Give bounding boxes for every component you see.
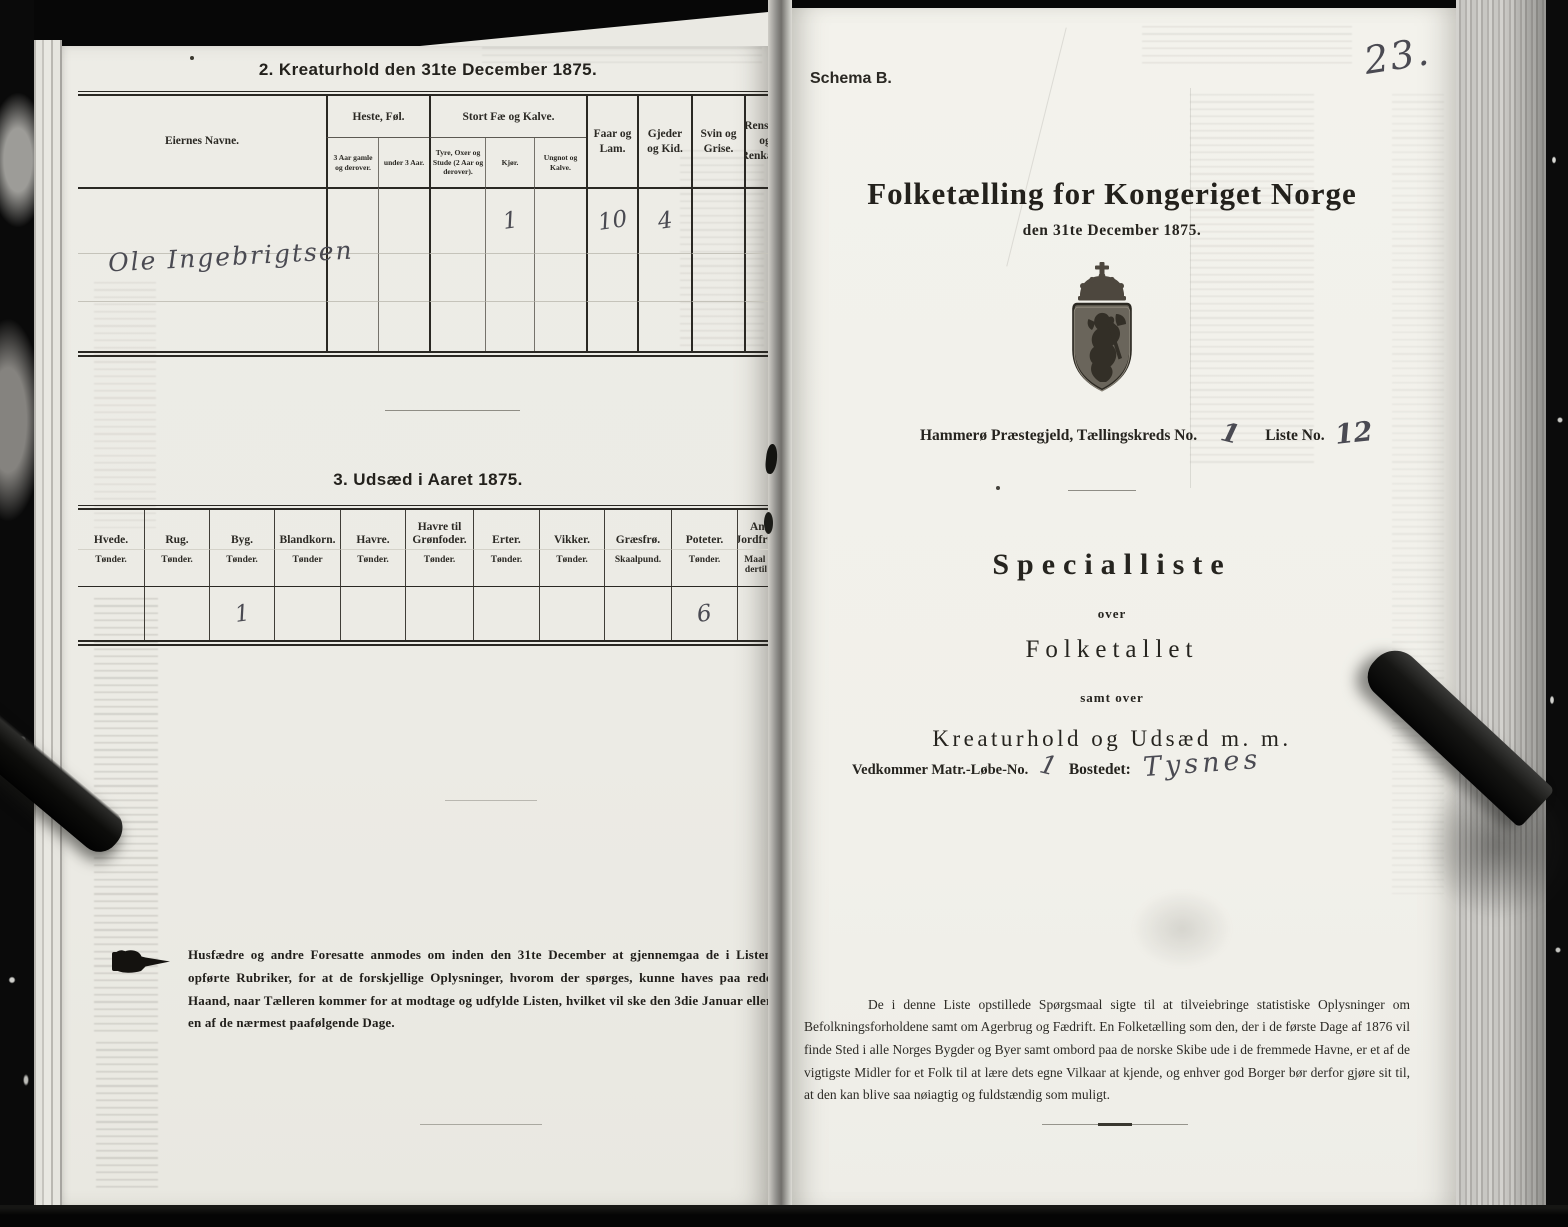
- table-cell: [378, 254, 429, 302]
- table-cell: [274, 586, 340, 640]
- samt-over-label: samt over: [812, 690, 1412, 706]
- paper-smudge: [1132, 890, 1232, 968]
- kreaturhold-table-title: 2. Kreaturhold den 31te December 1875.: [172, 60, 684, 80]
- table-cell-kjoer-value: 1: [485, 187, 534, 254]
- kreaturhold-udsaed-label: Kreaturhold og Udsæd m. m.: [812, 726, 1412, 752]
- col-unit: Tønder.: [144, 550, 209, 586]
- table-cell: [691, 302, 744, 351]
- col-header: Poteter.: [671, 510, 737, 550]
- left-page: 2. Kreaturhold den 31te December 1875. E…: [62, 46, 768, 1205]
- col-unit: Tønder.: [473, 550, 539, 586]
- table-cell: [429, 254, 485, 302]
- table-cell: [744, 302, 768, 351]
- col-header: Hvede.: [78, 510, 144, 550]
- col-unit: Tønder.: [78, 550, 144, 586]
- table-cell: [378, 302, 429, 351]
- col-header: Havre til Grønfoder.: [405, 510, 473, 550]
- kreaturhold-table: Eiernes Navne. Heste, Føl. Stort Fæ og K…: [78, 94, 768, 353]
- col-unit: Tønder.: [340, 550, 405, 586]
- faint-divider-line: [420, 1124, 542, 1125]
- col-unit: Tønder: [274, 550, 340, 586]
- col-subheader-under3aar: under 3 Aar.: [378, 138, 429, 187]
- book-cover-left: [0, 0, 34, 1227]
- table-cell: [637, 302, 691, 351]
- census-book-scan: 2. Kreaturhold den 31te December 1875. E…: [0, 0, 1568, 1227]
- col-unit: Skaalpund.: [604, 550, 671, 586]
- col-subheader-ungnot: Ungnot og Kalve.: [534, 138, 586, 187]
- table-cell: [485, 254, 534, 302]
- udsaed-table-title: 3. Udsæd i Aaret 1875.: [172, 470, 684, 490]
- table-cell: [737, 586, 768, 640]
- col-header: Rug.: [144, 510, 209, 550]
- col-header-eiernes-navne: Eiernes Navne.: [78, 96, 326, 187]
- table-cell: [78, 302, 326, 351]
- bleed-through-text: [1190, 94, 1314, 468]
- handwritten-matrikkel-no: 1: [1037, 749, 1060, 782]
- table-cell-faar-lam-value: 10: [586, 187, 637, 254]
- handwritten-tellingskreds-no: 1: [1218, 417, 1243, 450]
- folketallet-label: Folketallet: [812, 636, 1412, 664]
- book-gutter: [768, 0, 792, 1210]
- col-unit: Maal Jord dertil anv.: [737, 550, 768, 586]
- table-cell: [744, 254, 768, 302]
- col-header: Græsfrø.: [604, 510, 671, 550]
- table-cell: [539, 586, 604, 640]
- book-cover-right: [1546, 0, 1568, 1227]
- udsaed-table: Hvede. Rug. Byg. Blandkorn. Havre. Havre…: [78, 508, 768, 642]
- col-unit: Tønder.: [209, 550, 274, 586]
- col-header: Byg.: [209, 510, 274, 550]
- col-header-svin-grise: Svin og Grise.: [691, 96, 744, 187]
- col-unit: Tønder.: [405, 550, 473, 586]
- col-group-stort-fae: Stort Fæ og Kalve.: [429, 96, 586, 138]
- table-cell: [534, 302, 586, 351]
- table-cell: [586, 302, 637, 351]
- col-header: Erter.: [473, 510, 539, 550]
- table-cell: [405, 586, 473, 640]
- norway-coat-of-arms-icon: [1064, 260, 1140, 405]
- matrikkel-label: Vedkommer Matr.-Løbe-No.: [852, 762, 1028, 779]
- col-unit: Tønder.: [671, 550, 737, 586]
- table-cell: [144, 586, 209, 640]
- col-subheader-3aar: 3 Aar gamle og derover.: [326, 138, 378, 187]
- col-header-rensdyr: Rensdyr og Renkalve.: [744, 96, 768, 187]
- manicule-icon: [112, 948, 174, 1035]
- col-header: Vikker.: [539, 510, 604, 550]
- table-cell: [485, 302, 534, 351]
- table-cell: [429, 187, 485, 254]
- table-cell: [604, 586, 671, 640]
- col-subheader-tyre: Tyre, Oxer og Stude (2 Aar og derover).: [429, 138, 485, 187]
- table-cell: [534, 254, 586, 302]
- matrikkel-line: Vedkommer Matr.-Løbe-No. 1 Bostedet: Tys…: [852, 750, 1412, 781]
- col-unit: Tønder.: [539, 550, 604, 586]
- handwritten-value: 6: [695, 600, 713, 628]
- table-cell: [473, 586, 539, 640]
- faint-divider-line: [445, 800, 537, 801]
- bottom-rule: [1042, 1124, 1188, 1125]
- handwritten-page-number: 23.: [1361, 29, 1434, 83]
- handwritten-value: 4: [656, 207, 674, 235]
- handwritten-liste-no: 12: [1333, 416, 1374, 451]
- table-cell: [637, 254, 691, 302]
- col-header: Havre.: [340, 510, 405, 550]
- table-cell: [534, 187, 586, 254]
- col-header-gjeder-kid: Gjeder og Kid.: [637, 96, 691, 187]
- col-header: Blandkorn.: [274, 510, 340, 550]
- table-cell: [340, 586, 405, 640]
- right-page: Schema B. 23. Folketælling for Kongerige…: [792, 8, 1456, 1207]
- handwritten-value: 1: [233, 600, 251, 628]
- page-stack-edge-left: [34, 40, 62, 1208]
- page-subtitle-date: den 31te December 1875.: [812, 222, 1412, 240]
- section-divider-line: [385, 410, 520, 411]
- col-header-faar-lam: Faar og Lam.: [586, 96, 637, 187]
- bosted-label: Bostedet:: [1069, 761, 1131, 779]
- district-label: Hammerø Præstegjeld, Tællingskreds No.: [920, 427, 1197, 445]
- footnote: Husfædre og andre Foresatte anmodes om i…: [112, 944, 768, 1035]
- col-group-heste-foel: Heste, Føl.: [326, 96, 429, 138]
- district-line: Hammerø Præstegjeld, Tællingskreds No. 1…: [920, 416, 1390, 447]
- short-rule: [1068, 490, 1136, 491]
- ink-blot: [764, 512, 773, 534]
- table-cell-byg-value: 1: [209, 586, 274, 640]
- handwritten-value: 10: [596, 206, 629, 236]
- explanatory-paragraph: De i denne Liste opstillede Spørgsmaal s…: [804, 994, 1410, 1107]
- table-cell: [326, 302, 378, 351]
- liste-label: Liste No.: [1265, 427, 1324, 445]
- table-cell-poteter-value: 6: [671, 586, 737, 640]
- col-header: Andre Jordfrugter.: [737, 510, 768, 550]
- table-cell: [691, 254, 744, 302]
- table-cell: [78, 586, 144, 640]
- table-cell: [744, 187, 768, 254]
- bleed-through-text: [1142, 26, 1352, 66]
- scan-background-bottom: [0, 1205, 1568, 1227]
- over-label: over: [812, 606, 1412, 622]
- schema-label: Schema B.: [810, 70, 892, 88]
- table-cell: [691, 187, 744, 254]
- bleed-through-text: [96, 1042, 158, 1192]
- handwritten-value: 1: [501, 207, 519, 235]
- footnote-text: Husfædre og andre Foresatte anmodes om i…: [188, 944, 768, 1035]
- table-cell: [378, 187, 429, 254]
- specialliste-title: Specialliste: [812, 548, 1412, 582]
- page-title: Folketælling for Kongeriget Norge: [812, 176, 1412, 212]
- table-cell: [586, 254, 637, 302]
- ink-speck: [996, 486, 1000, 490]
- table-cell: [429, 302, 485, 351]
- table-cell-gjeder-kid-value: 4: [637, 187, 691, 254]
- handwritten-bosted-value: Tysnes: [1142, 744, 1262, 783]
- page-stack-edge-right: [1456, 0, 1546, 1210]
- col-subheader-kjoer: Kjør.: [485, 138, 534, 187]
